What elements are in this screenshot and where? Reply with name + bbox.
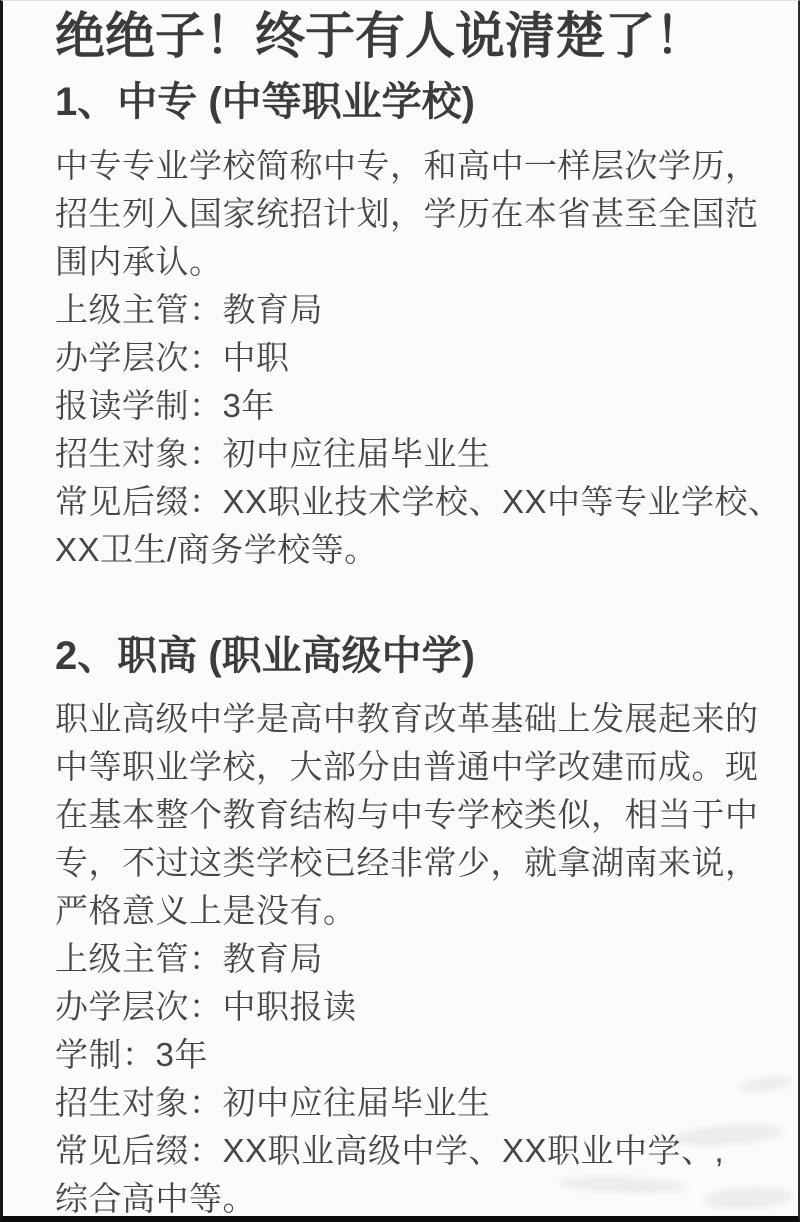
text-line: 上级主管：教育局	[55, 935, 756, 983]
text-line: 学制：3年	[55, 1031, 756, 1079]
text-line: 中专专业学校简称中专，和高中一样层次学历，	[55, 142, 756, 190]
text-line: 招生对象：初中应往届毕业生	[55, 1079, 756, 1127]
section-1-body: 中专专业学校简称中专，和高中一样层次学历，招生列入国家统招计划，学历在本省甚至全…	[55, 142, 756, 574]
text-line: 职业高级中学是高中教育改革基础上发展起来的	[55, 695, 756, 743]
text-line: 上级主管：教育局	[55, 286, 756, 334]
section-zhigao: 2、职高 (职业高级中学) 职业高级中学是高中教育改革基础上发展起来的中等职业学…	[55, 632, 756, 1222]
section-1-heading: 1、中专 (中等职业学校)	[55, 78, 756, 126]
text-line: 报读学制：3年	[55, 382, 756, 430]
text-line: 围内承认。	[55, 238, 756, 286]
text-line: 综合高中等。	[55, 1175, 756, 1222]
text-line: 严格意义上是没有。	[55, 887, 756, 935]
section-2-heading: 2、职高 (职业高级中学)	[55, 632, 756, 680]
text-line: 在基本整个教育结构与中专学校类似，相当于中	[55, 791, 756, 839]
section-zhongzhuan: 1、中专 (中等职业学校) 中专专业学校简称中专，和高中一样层次学历，招生列入国…	[55, 78, 756, 574]
text-line: 办学层次：中职	[55, 334, 756, 382]
text-line: 招生对象：初中应往届毕业生	[55, 430, 756, 478]
text-line: 中等职业学校，大部分由普通中学改建而成。现	[55, 743, 756, 791]
text-line: 常见后缀：XX职业高级中学、XX职业中学、,	[55, 1127, 756, 1175]
text-line: 办学层次：中职报读	[55, 983, 756, 1031]
text-line: 专，不过这类学校已经非常少，就拿湖南来说，	[55, 839, 756, 887]
text-line: XX卫生/商务学校等。	[55, 526, 756, 574]
text-line: 招生列入国家统招计划，学历在本省甚至全国范	[55, 190, 756, 238]
text-line: 常见后缀：XX职业技术学校、XX中等专业学校、	[55, 478, 756, 526]
page-title: 绝绝子！终于有人说清楚了！	[55, 8, 756, 64]
article-image: 绝绝子！终于有人说清楚了！ 1、中专 (中等职业学校) 中专专业学校简称中专，和…	[0, 0, 800, 1222]
section-2-body: 职业高级中学是高中教育改革基础上发展起来的中等职业学校，大部分由普通中学改建而成…	[55, 695, 756, 1222]
